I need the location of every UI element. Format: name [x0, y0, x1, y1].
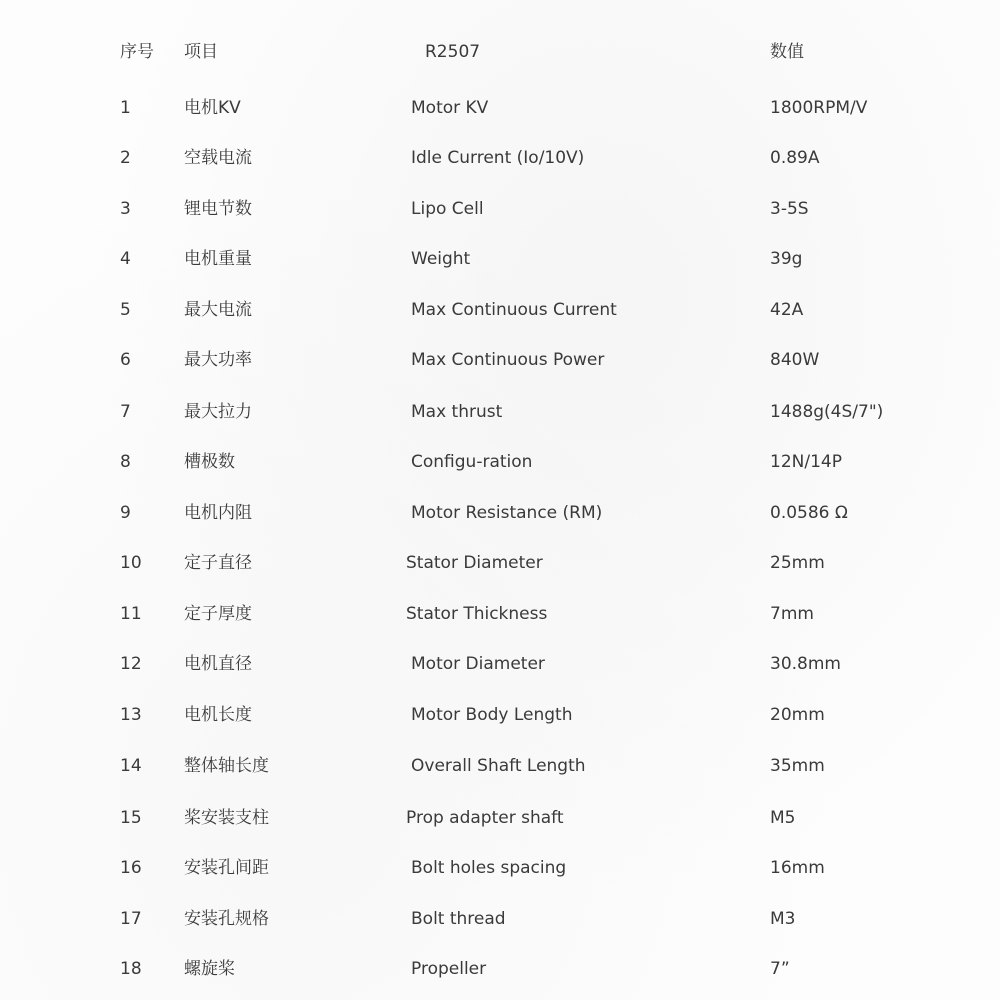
header-item: 项目: [184, 37, 218, 67]
row-item-cn: 电机重量: [184, 244, 252, 274]
table-row: 3 锂电节数 Lipo Cell 3-5S: [0, 194, 1000, 224]
row-item-cn: 安装孔间距: [184, 853, 269, 883]
row-item-en: Motor KV: [411, 93, 488, 123]
row-item-en: Max thrust: [411, 397, 502, 427]
row-value: 0.0586 Ω: [770, 498, 848, 528]
row-value: 840W: [770, 345, 819, 375]
row-index: 8: [120, 447, 131, 477]
row-item-cn: 锂电节数: [184, 194, 252, 224]
row-index: 6: [120, 345, 131, 375]
header-value: 数值: [770, 37, 804, 67]
row-index: 1: [120, 93, 131, 123]
row-index: 17: [120, 904, 142, 934]
row-item-cn: 电机直径: [184, 649, 252, 679]
table-row: 13 电机长度 Motor Body Length 20mm: [0, 700, 1000, 730]
row-item-cn: 最大功率: [184, 345, 252, 375]
row-index: 2: [120, 143, 131, 173]
row-item-en: Bolt holes spacing: [411, 853, 566, 883]
table-header: 序号 项目 R2507 数值: [0, 37, 1000, 67]
row-index: 16: [120, 853, 142, 883]
row-index: 7: [120, 397, 131, 427]
table-row: 18 螺旋桨 Propeller 7”: [0, 954, 1000, 984]
table-row: 15 桨安装支柱 Prop adapter shaft M5: [0, 803, 1000, 833]
row-value: 1488g(4S/7"): [770, 397, 883, 427]
table-row: 6 最大功率 Max Continuous Power 840W: [0, 345, 1000, 375]
row-item-en: Overall Shaft Length: [411, 751, 586, 781]
row-value: 1800RPM/V: [770, 93, 867, 123]
row-value: 16mm: [770, 853, 825, 883]
table-row: 7 最大拉力 Max thrust 1488g(4S/7"): [0, 397, 1000, 427]
row-index: 11: [120, 599, 142, 629]
row-item-en: Configu-ration: [411, 447, 532, 477]
row-index: 10: [120, 548, 142, 578]
row-item-en: Propeller: [411, 954, 486, 984]
row-value: 0.89A: [770, 143, 819, 173]
row-index: 15: [120, 803, 142, 833]
row-item-cn: 定子厚度: [184, 599, 252, 629]
row-value: 30.8mm: [770, 649, 841, 679]
row-item-cn: 电机KV: [184, 93, 241, 123]
row-item-en: Max Continuous Power: [411, 345, 604, 375]
table-row: 11 定子厚度 Stator Thickness 7mm: [0, 599, 1000, 629]
table-row: 12 电机直径 Motor Diameter 30.8mm: [0, 649, 1000, 679]
header-index: 序号: [120, 37, 154, 67]
row-index: 4: [120, 244, 131, 274]
row-item-cn: 桨安装支柱: [184, 803, 269, 833]
row-value: 7mm: [770, 599, 814, 629]
table-row: 14 整体轴长度 Overall Shaft Length 35mm: [0, 751, 1000, 781]
row-item-cn: 螺旋桨: [184, 954, 235, 984]
table-row: 8 槽极数 Configu-ration 12N/14P: [0, 447, 1000, 477]
row-index: 12: [120, 649, 142, 679]
row-value: 42A: [770, 295, 803, 325]
row-item-cn: 电机长度: [184, 700, 252, 730]
row-item-en: Weight: [411, 244, 470, 274]
header-model: R2507: [425, 37, 480, 67]
motor-spec-table: 序号 项目 R2507 数值 1 电机KV Motor KV 1800RPM/V…: [0, 0, 1000, 1000]
row-item-en: Prop adapter shaft: [406, 803, 564, 833]
row-value: 25mm: [770, 548, 825, 578]
row-item-en: Bolt thread: [411, 904, 506, 934]
row-item-en: Lipo Cell: [411, 194, 484, 224]
table-row: 5 最大电流 Max Continuous Current 42A: [0, 295, 1000, 325]
row-value: 39g: [770, 244, 802, 274]
table-row: 16 安装孔间距 Bolt holes spacing 16mm: [0, 853, 1000, 883]
table-row: 1 电机KV Motor KV 1800RPM/V: [0, 93, 1000, 123]
row-index: 9: [120, 498, 131, 528]
row-item-cn: 最大拉力: [184, 397, 252, 427]
row-value: M5: [770, 803, 795, 833]
row-index: 13: [120, 700, 142, 730]
row-value: M3: [770, 904, 795, 934]
row-index: 18: [120, 954, 142, 984]
row-value: 12N/14P: [770, 447, 842, 477]
table-row: 4 电机重量 Weight 39g: [0, 244, 1000, 274]
row-value: 7”: [770, 954, 790, 984]
row-value: 3-5S: [770, 194, 809, 224]
row-item-en: Stator Thickness: [406, 599, 547, 629]
row-item-en: Motor Resistance (RM): [411, 498, 602, 528]
row-item-cn: 整体轴长度: [184, 751, 269, 781]
table-row: 2 空载电流 Idle Current (Io/10V) 0.89A: [0, 143, 1000, 173]
table-row: 9 电机内阻 Motor Resistance (RM) 0.0586 Ω: [0, 498, 1000, 528]
row-item-en: Motor Body Length: [411, 700, 572, 730]
row-index: 14: [120, 751, 142, 781]
row-item-en: Max Continuous Current: [411, 295, 617, 325]
row-item-cn: 空载电流: [184, 143, 252, 173]
row-item-cn: 安装孔规格: [184, 904, 269, 934]
row-item-cn: 电机内阻: [184, 498, 252, 528]
row-item-en: Motor Diameter: [411, 649, 545, 679]
table-row: 17 安装孔规格 Bolt thread M3: [0, 904, 1000, 934]
row-item-cn: 槽极数: [184, 447, 235, 477]
row-value: 20mm: [770, 700, 825, 730]
row-item-en: Stator Diameter: [406, 548, 543, 578]
row-index: 3: [120, 194, 131, 224]
row-value: 35mm: [770, 751, 825, 781]
row-item-cn: 最大电流: [184, 295, 252, 325]
row-item-en: Idle Current (Io/10V): [411, 143, 584, 173]
row-index: 5: [120, 295, 131, 325]
row-item-cn: 定子直径: [184, 548, 252, 578]
table-row: 10 定子直径 Stator Diameter 25mm: [0, 548, 1000, 578]
